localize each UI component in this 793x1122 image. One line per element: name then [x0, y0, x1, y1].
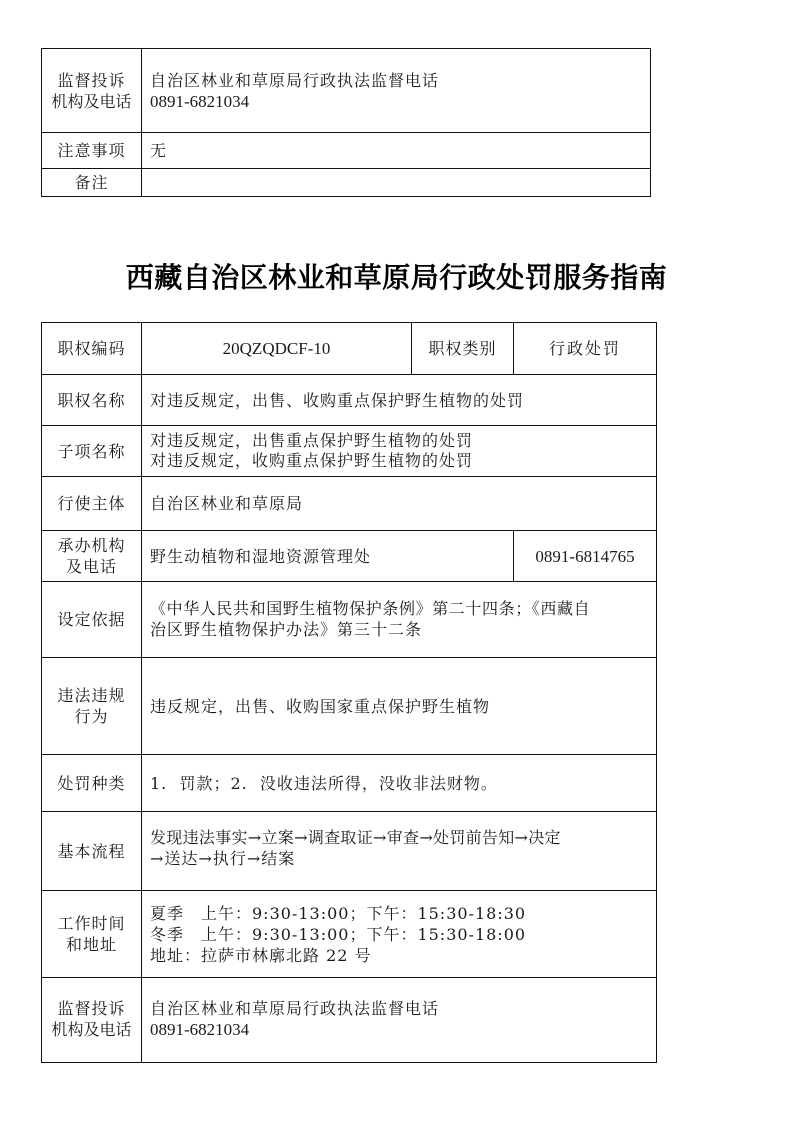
- label-line: 工作时间: [42, 913, 141, 934]
- label-line: 行为: [42, 706, 141, 727]
- table-row-violation: 违法违规 行为 违反规定，出售、收购国家重点保护野生植物: [42, 658, 657, 755]
- label-line: 机构及电话: [42, 1019, 141, 1040]
- category-label: 职权类别: [412, 323, 514, 375]
- basis-line: 《中华人民共和国野生植物保护条例》第二十四条；《西藏自: [150, 598, 656, 619]
- table-row-subitems: 子项名称 对违反规定，出售重点保护野生植物的处罚 对违反规定，收购重点保护野生植…: [42, 426, 657, 477]
- row-value: 对违反规定，出售重点保护野生植物的处罚 对违反规定，收购重点保护野生植物的处罚: [142, 426, 657, 477]
- label-line: 监督投诉: [42, 998, 141, 1019]
- row-value: 违反规定，出售、收购国家重点保护野生植物: [142, 658, 657, 755]
- label-line: 及电话: [42, 556, 141, 577]
- row-label: 工作时间 和地址: [42, 891, 142, 978]
- process-line: 发现违法事实→立案→调查取证→审查→处罚前告知→决定: [150, 827, 656, 848]
- table-row-supervision: 监督投诉 机构及电话 自治区林业和草原局行政执法监督电话 0891-682103…: [42, 49, 651, 133]
- row-value: 自治区林业和草原局: [142, 477, 657, 531]
- row-label: 注意事项: [42, 133, 142, 169]
- row-value: 无: [142, 133, 651, 169]
- table-row-basis: 设定依据 《中华人民共和国野生植物保护条例》第二十四条；《西藏自 治区野生植物保…: [42, 582, 657, 658]
- hours-summer: 夏季 上午：9:30-13:00；下午：15:30-18:30: [150, 903, 656, 924]
- row-label: 基本流程: [42, 812, 142, 891]
- subitem: 对违反规定，收购重点保护野生植物的处罚: [150, 451, 656, 471]
- row-label: 监督投诉 机构及电话: [42, 49, 142, 133]
- row-label: 处罚种类: [42, 755, 142, 812]
- row-label: 子项名称: [42, 426, 142, 477]
- row-label: 违法违规 行为: [42, 658, 142, 755]
- row-value: [142, 169, 651, 197]
- label-line: 机构及电话: [42, 91, 141, 112]
- table-row-subject: 行使主体 自治区林业和草原局: [42, 477, 657, 531]
- row-value: 自治区林业和草原局行政执法监督电话 0891-6821034: [142, 49, 651, 133]
- handler-org: 野生动植物和湿地资源管理处: [142, 531, 514, 582]
- row-label: 职权名称: [42, 375, 142, 426]
- row-label: 监督投诉 机构及电话: [42, 978, 142, 1063]
- label-line: 违法违规: [42, 685, 141, 706]
- subitem: 对违反规定，出售重点保护野生植物的处罚: [150, 431, 656, 451]
- table-row-hours: 工作时间 和地址 夏季 上午：9:30-13:00；下午：15:30-18:30…: [42, 891, 657, 978]
- table-row-code: 职权编码 20QZQDCF-10 职权类别 行政处罚: [42, 323, 657, 375]
- row-value: 对违反规定，出售、收购重点保护野生植物的处罚: [142, 375, 657, 426]
- handler-phone: 0891-6814765: [514, 531, 657, 582]
- table-row-handler: 承办机构 及电话 野生动植物和湿地资源管理处 0891-6814765: [42, 531, 657, 582]
- value-line: 自治区林业和草原局行政执法监督电话: [150, 70, 650, 91]
- label-line: 和地址: [42, 934, 141, 955]
- phone-number: 0891-6821034: [150, 1019, 656, 1040]
- category-value: 行政处罚: [514, 323, 657, 375]
- row-value: 发现违法事实→立案→调查取证→审查→处罚前告知→决定 →送达→执行→结案: [142, 812, 657, 891]
- table-row-notes: 注意事项 无: [42, 133, 651, 169]
- row-value: 夏季 上午：9:30-13:00；下午：15:30-18:30 冬季 上午：9:…: [142, 891, 657, 978]
- main-table: 职权编码 20QZQDCF-10 职权类别 行政处罚 职权名称 对违反规定，出售…: [41, 322, 657, 1063]
- process-line: →送达→执行→结案: [150, 848, 656, 869]
- top-table: 监督投诉 机构及电话 自治区林业和草原局行政执法监督电话 0891-682103…: [41, 48, 651, 197]
- row-label: 备注: [42, 169, 142, 197]
- table-row-remarks: 备注: [42, 169, 651, 197]
- row-label: 行使主体: [42, 477, 142, 531]
- row-label: 设定依据: [42, 582, 142, 658]
- hours-winter: 冬季 上午：9:30-13:00；下午：15:30-18:00: [150, 924, 656, 945]
- table-row-supervision: 监督投诉 机构及电话 自治区林业和草原局行政执法监督电话 0891-682103…: [42, 978, 657, 1063]
- table-row-process: 基本流程 发现违法事实→立案→调查取证→审查→处罚前告知→决定 →送达→执行→结…: [42, 812, 657, 891]
- authority-code: 20QZQDCF-10: [142, 323, 412, 375]
- address: 地址：拉萨市林廓北路 22 号: [150, 945, 656, 966]
- page-title: 西藏自治区林业和草原局行政处罚服务指南: [0, 256, 793, 296]
- supervision-org: 自治区林业和草原局行政执法监督电话: [150, 998, 656, 1019]
- label-line: 承办机构: [42, 535, 141, 556]
- row-value: 1. 罚款；2. 没收违法所得，没收非法财物。: [142, 755, 657, 812]
- basis-line: 治区野生植物保护办法》第三十二条: [150, 619, 656, 640]
- row-value: 自治区林业和草原局行政执法监督电话 0891-6821034: [142, 978, 657, 1063]
- row-value: 《中华人民共和国野生植物保护条例》第二十四条；《西藏自 治区野生植物保护办法》第…: [142, 582, 657, 658]
- label-line: 监督投诉: [42, 70, 141, 91]
- phone-number: 0891-6821034: [150, 91, 650, 112]
- table-row-name: 职权名称 对违反规定，出售、收购重点保护野生植物的处罚: [42, 375, 657, 426]
- row-label: 职权编码: [42, 323, 142, 375]
- row-label: 承办机构 及电话: [42, 531, 142, 582]
- table-row-penalty: 处罚种类 1. 罚款；2. 没收违法所得，没收非法财物。: [42, 755, 657, 812]
